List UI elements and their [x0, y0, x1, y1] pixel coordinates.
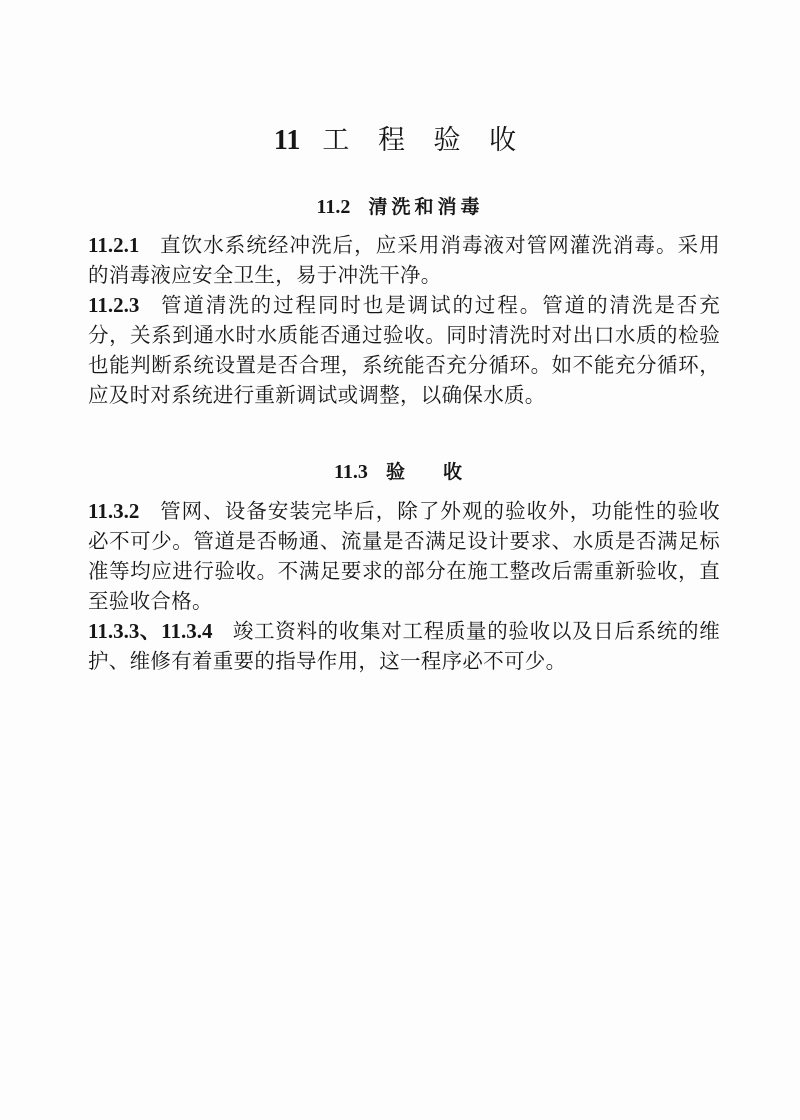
section-number: 11.3: [334, 461, 368, 483]
section-heading-11-2: 11.2清洗和消毒: [0, 192, 800, 219]
clause-11-3-2: 11.3.2管网、设备安装完毕后，除了外观的验收外，功能性的验收必不可少。管道是…: [88, 496, 720, 616]
clause-number: 11.3.3、11.3.4: [88, 619, 212, 643]
clause-number: 11.3.2: [88, 499, 139, 523]
chapter-title-text: 工 程 验 收: [322, 125, 526, 156]
section-title-part1: 验: [386, 461, 409, 483]
clause-11-2-1: 11.2.1直饮水系统经冲洗后，应采用消毒液对管网灌洗消毒。采用的消毒液应安全卫…: [88, 230, 720, 290]
section-title-part2: 收: [443, 461, 466, 483]
chapter-number: 11: [274, 125, 300, 156]
clause-text: 直饮水系统经冲洗后，应采用消毒液对管网灌洗消毒。采用的消毒液应安全卫生，易于冲洗…: [88, 233, 720, 287]
clause-text: 管网、设备安装完毕后，除了外观的验收外，功能性的验收必不可少。管道是否畅通、流量…: [88, 499, 720, 613]
clause-text: 管道清洗的过程同时也是调试的过程。管道的清洗是否充分，关系到通水时水质能否通过验…: [88, 293, 720, 407]
clause-number: 11.2.1: [88, 233, 139, 257]
chapter-title: 11工 程 验 收: [0, 118, 800, 157]
document-page: 11工 程 验 收 11.2清洗和消毒 11.2.1直饮水系统经冲洗后，应采用消…: [0, 0, 800, 1120]
section-title: 清洗和消毒: [368, 196, 483, 218]
clause-11-2-3: 11.2.3管道清洗的过程同时也是调试的过程。管道的清洗是否充分，关系到通水时水…: [88, 290, 720, 410]
clause-number: 11.2.3: [88, 293, 139, 317]
section-heading-11-3: 11.3验收: [0, 457, 800, 484]
clause-11-3-3-and-11-3-4: 11.3.3、11.3.4竣工资料的收集对工程质量的验收以及日后系统的维护、维修…: [88, 616, 720, 676]
section-number: 11.2: [317, 196, 351, 218]
